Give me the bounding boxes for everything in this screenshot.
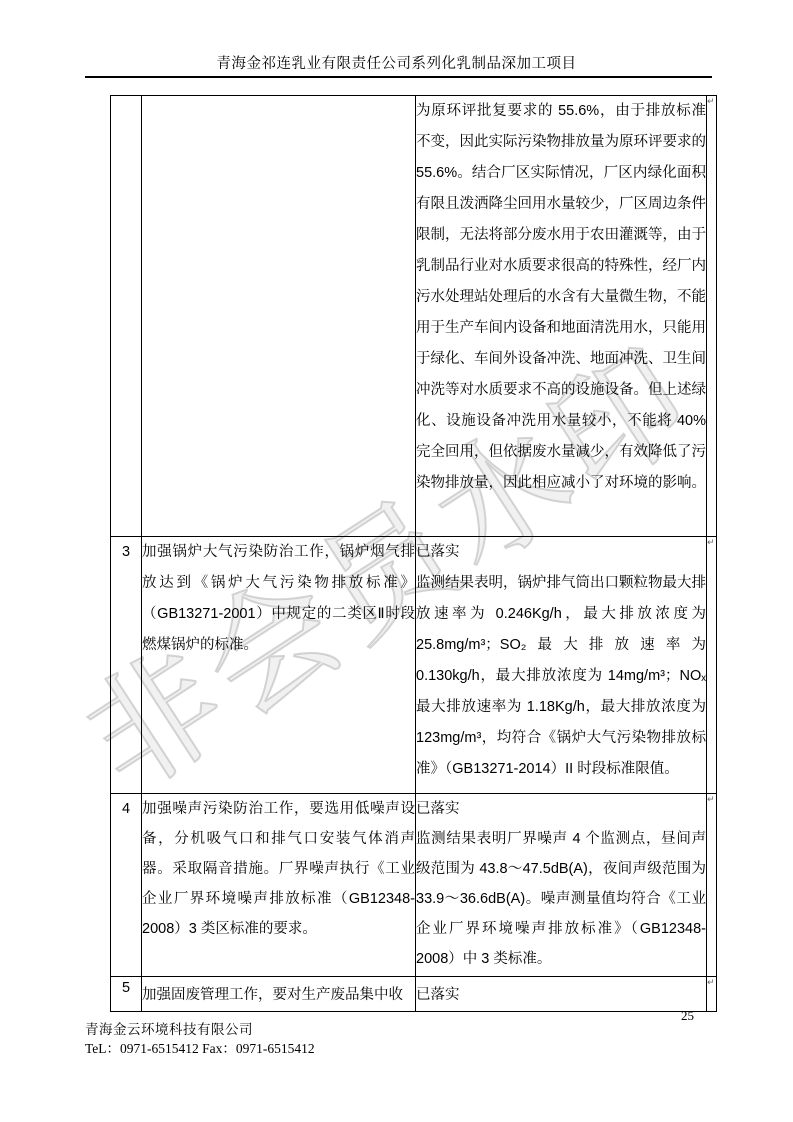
header-rule [85,76,712,78]
footer-contact-info: TeL：0971-6515412 Fax：0971-6515412 [85,1037,315,1057]
row-number-cell [111,96,142,537]
measure-cell: 加强固废管理工作，要对生产废品集中收 [142,977,416,1012]
measure-cell: 加强锅炉大气污染防治工作，锅炉烟气排放达到《锅炉大气污染物排放标准》（GB132… [142,537,416,794]
status-paragraph: 监测结果表明厂界噪声 4 个监测点，昼间声级范围为 43.8～47.5dB(A)… [416,824,706,974]
measure-cell: 加强噪声污染防治工作，要选用低噪声设备，分机吸气口和排气口安装气体消声器。采取隔… [142,794,416,977]
row-number-cell: 4 [111,794,142,977]
page-header-title: 青海金祁连乳业有限责任公司系列化乳制品深加工项目 [0,52,793,73]
status-paragraph: 已落实 [416,794,706,824]
document-page: 青海金祁连乳业有限责任公司系列化乳制品深加工项目 非会员水印 为原环评批复要求的… [0,0,793,1122]
status-paragraph: 为原环评批复要求的 55.6%，由于排放标准不变，因此实际污染物排放量为原环评要… [416,96,706,499]
line-break-icon: ↵ [707,977,716,987]
line-break-icon: ↵ [707,96,716,106]
status-paragraph: 监测结果表明，锅炉排气筒出口颗粒物最大排放速率为 0.246Kg/h，最大排放浓… [416,568,706,785]
status-cell: 已落实 监测结果表明厂界噪声 4 个监测点，昼间声级范围为 43.8～47.5d… [416,794,707,977]
status-cell: 为原环评批复要求的 55.6%，由于排放标准不变，因此实际污染物排放量为原环评要… [416,96,707,537]
row-end-strip: ↵ [707,96,717,537]
footer-company-name: 青海金云环境科技有限公司 [85,1018,253,1038]
line-break-icon: ↵ [707,537,716,547]
measure-cell [142,96,416,537]
table-row: 3 加强锅炉大气污染防治工作，锅炉烟气排放达到《锅炉大气污染物排放标准》（GB1… [111,537,717,794]
row-end-strip: ↵ [707,537,717,794]
row-end-strip: ↵ [707,977,717,1012]
row-end-strip: ↵ [707,794,717,977]
table-row: 为原环评批复要求的 55.6%，由于排放标准不变，因此实际污染物排放量为原环评要… [111,96,717,537]
line-break-icon: ↵ [707,794,716,804]
table-row: 5 加强固废管理工作，要对生产废品集中收 已落实 ↵ [111,977,717,1012]
status-paragraph: 已落实 [416,984,706,1006]
page-number: 25 [681,1008,694,1024]
row-number-cell: 5 [111,977,142,1012]
compliance-table: 为原环评批复要求的 55.6%，由于排放标准不变，因此实际污染物排放量为原环评要… [110,95,717,1012]
status-cell: 已落实 监测结果表明，锅炉排气筒出口颗粒物最大排放速率为 0.246Kg/h，最… [416,537,707,794]
status-paragraph: 已落实 [416,537,706,568]
table-row: 4 加强噪声污染防治工作，要选用低噪声设备，分机吸气口和排气口安装气体消声器。采… [111,794,717,977]
row-number-cell: 3 [111,537,142,794]
status-cell: 已落实 [416,977,707,1012]
